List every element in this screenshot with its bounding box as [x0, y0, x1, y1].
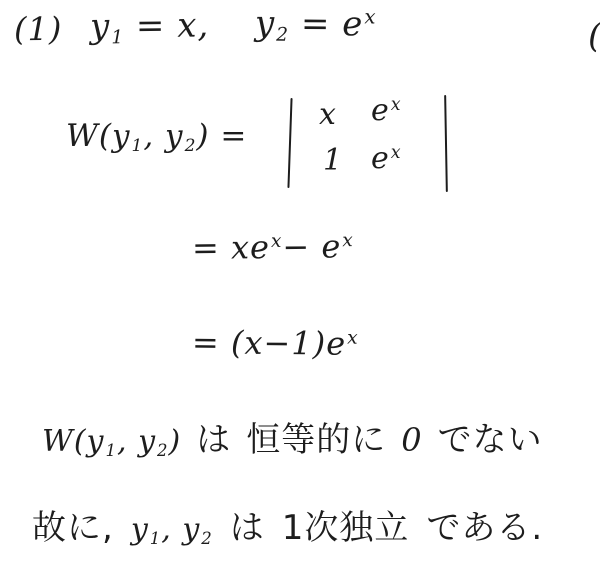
wronskian-lhs: W(y1, y2) =	[66, 118, 247, 156]
term-ex: e	[321, 227, 341, 265]
e-base: e	[371, 93, 390, 128]
e-exponent: x	[391, 143, 402, 163]
y2-subscript: 2	[157, 441, 169, 460]
factored-term: (x−1)e	[231, 324, 346, 363]
y1-subscript: 1	[150, 529, 162, 548]
matrix-entry-r2c1: 1	[323, 143, 343, 178]
y2-symbol: y	[255, 3, 276, 43]
definition-y2: y2 = ex	[255, 3, 377, 46]
y2-symbol: y	[182, 512, 200, 547]
matrix-entry-r2c2: ex	[371, 141, 402, 176]
determinant-left-bar	[287, 98, 292, 188]
y2-equals-e: = e	[289, 4, 364, 45]
y1-symbol: y	[131, 512, 149, 547]
wronskian-y2-sub: 2	[185, 136, 197, 156]
conclusion-nonzero: W(y1, y2) は 恒等的に 0 でない	[42, 412, 543, 461]
definition-y1: y1 = x,	[90, 5, 210, 48]
determinant-right-bar	[444, 95, 448, 192]
y1-y2-list: y1, y2	[131, 512, 213, 548]
phrase-is-not: でない	[438, 412, 543, 461]
wronskian-y1-sub: 1	[131, 136, 143, 156]
exponent-x: x	[347, 328, 359, 349]
clipped-next-problem-paren: (	[588, 16, 600, 56]
step-expanded: = xex− ex	[192, 227, 354, 267]
term-xex: xe	[231, 228, 270, 266]
equals-sign: =	[192, 323, 231, 361]
problem-number: (1)	[14, 10, 63, 49]
minus-sign: −	[282, 227, 321, 265]
y2-exponent: x	[364, 6, 376, 29]
y1-subscript: 1	[111, 27, 124, 48]
exponent-x: x	[342, 230, 354, 251]
wronskian-close: )	[196, 118, 220, 154]
wronskian-open: W(	[42, 424, 87, 459]
y2-subscript: 2	[276, 24, 289, 45]
conclusion-independent: 故に, y1, y2 は 1次独立 である.	[32, 500, 543, 549]
wronskian-close: )	[169, 424, 182, 459]
y2-symbol: y	[138, 424, 156, 459]
e-base: e	[371, 141, 390, 176]
particle-wa: は	[196, 412, 231, 461]
y1-subscript: 1	[106, 441, 118, 460]
matrix-entry-r1c1: x	[319, 97, 337, 132]
matrix-entry-r1c2: ex	[371, 93, 402, 128]
exponent-x: x	[271, 231, 283, 252]
phrase-therefore: 故に,	[32, 500, 114, 549]
equals-sign: =	[192, 228, 231, 266]
wronskian-reference: W(y1, y2)	[42, 424, 181, 460]
phrase-linearly-independent: 1次独立	[282, 500, 410, 549]
phrase-is: である.	[426, 500, 543, 549]
y2-subscript: 2	[201, 529, 213, 548]
wronskian-y2: y	[165, 118, 184, 154]
wronskian-comma: ,	[143, 118, 165, 154]
equals-sign: =	[220, 118, 247, 154]
comma: ,	[117, 424, 138, 459]
wronskian-y1: y	[112, 118, 131, 154]
e-exponent: x	[391, 95, 402, 115]
handwritten-note-paper: (1) y1 = x, y2 = ex ( W(y1, y2) = x ex 1…	[0, 0, 600, 581]
zero-value: 0	[401, 421, 422, 459]
particle-wa: は	[230, 500, 265, 549]
step-factored: = (x−1)ex	[192, 323, 359, 362]
phrase-identically: 恒等的に	[246, 412, 386, 461]
y1-symbol: y	[90, 6, 111, 46]
comma: ,	[161, 512, 182, 547]
y1-symbol: y	[87, 424, 105, 459]
y1-equals-x: = x,	[124, 5, 210, 46]
wronskian-open: W(	[66, 118, 112, 154]
